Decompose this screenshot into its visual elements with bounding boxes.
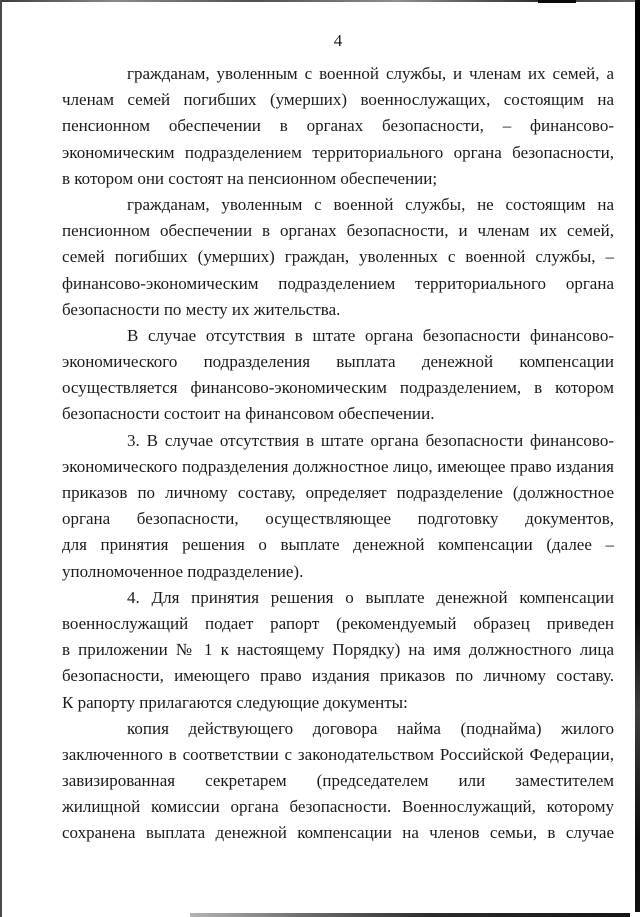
text-line: гражданам, уволенным с военной службы, н… — [62, 192, 614, 218]
text-line: безопасности состоит на финансовом обесп… — [62, 401, 614, 427]
text-line: экономического подразделения должностное… — [62, 454, 614, 480]
text-line: сохранена выплата денежной компенсации н… — [62, 820, 614, 846]
text-line: безопасности по месту их жительства. — [62, 297, 614, 323]
text-line: пенсионном обеспечении в органах безопас… — [62, 218, 614, 244]
text-line: для принятия решения о выплате денежной … — [62, 532, 614, 558]
text-line: безопасности, имеющего право издания при… — [62, 663, 614, 689]
scan-edge-right — [635, 0, 640, 912]
scan-edge-left — [0, 0, 2, 917]
document-text: гражданам, уволенным с военной службы, и… — [62, 61, 614, 847]
text-line: органа безопасности, осуществляющее подг… — [62, 506, 614, 532]
text-line: членам семей погибших (умерших) военносл… — [62, 87, 614, 113]
text-line: экономического подразделения выплата ден… — [62, 349, 614, 375]
text-line: В случае отсутствия в штате органа безоп… — [62, 323, 614, 349]
text-line: заключенного в соответствии с законодате… — [62, 742, 614, 768]
text-line: осуществляется финансово-экономическим п… — [62, 375, 614, 401]
scan-artifact-dash — [538, 0, 576, 3]
scanned-document-page: 4 гражданам, уволенным с военной службы,… — [0, 0, 640, 917]
text-line: жилищной комиссии органа безопасности. В… — [62, 794, 614, 820]
page-number: 4 — [62, 31, 614, 51]
scan-edge-bottom — [190, 913, 630, 917]
text-line: копия действующего договора найма (подна… — [62, 716, 614, 742]
text-line: гражданам, уволенным с военной службы, и… — [62, 61, 614, 87]
text-line: в приложении № 1 к настоящему Порядку) н… — [62, 637, 614, 663]
text-line: экономическим подразделением территориал… — [62, 140, 614, 166]
text-line: финансово-экономическим подразделением т… — [62, 271, 614, 297]
text-line: К рапорту прилагаются следующие документ… — [62, 690, 614, 716]
text-line: пенсионном обеспечении в органах безопас… — [62, 113, 614, 139]
text-line: 4. Для принятия решения о выплате денежн… — [62, 585, 614, 611]
text-line: военнослужащий подает рапорт (рекомендуе… — [62, 611, 614, 637]
text-line: уполномоченное подразделение). — [62, 559, 614, 585]
text-line: семей погибших (умерших) граждан, уволен… — [62, 244, 614, 270]
text-line: в котором они состоят на пенсионном обес… — [62, 166, 614, 192]
text-line: завизированная секретарем (председателем… — [62, 768, 614, 794]
text-line: приказов по личному составу, определяет … — [62, 480, 614, 506]
text-line: 3. В случае отсутствия в штате органа бе… — [62, 428, 614, 454]
